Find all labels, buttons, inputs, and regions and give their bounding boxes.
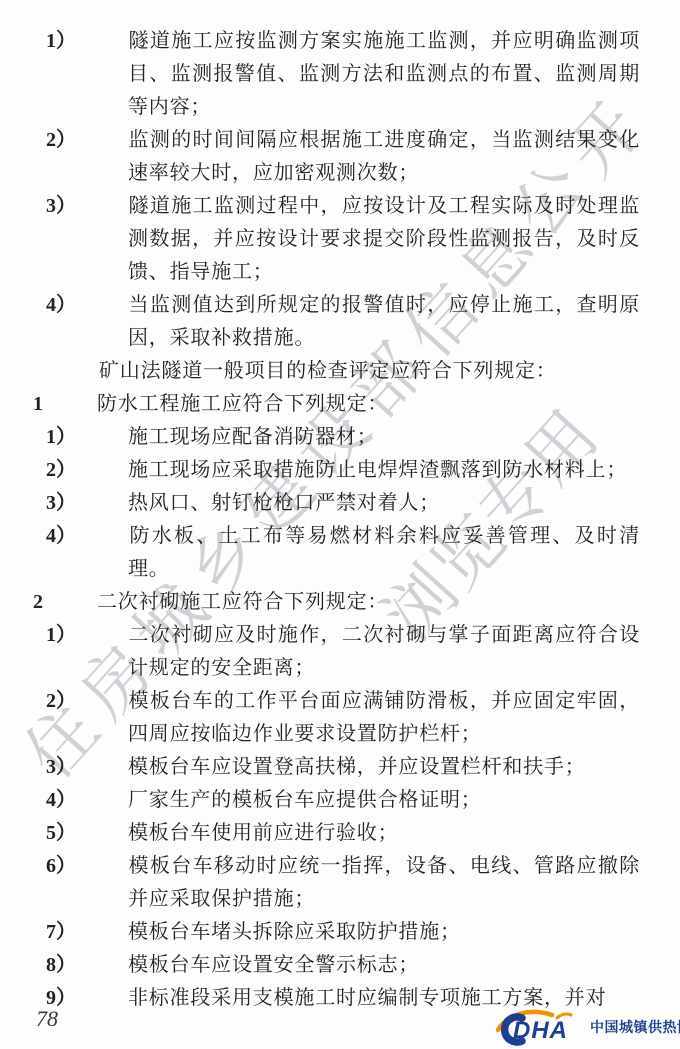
paragraph-text: 二次衬砌应及时施作，二次衬砌与掌子面距离应符合设计规定的安全距离； [128, 624, 640, 679]
paragraph-item3: 3）热风口、射钉枪枪口严禁对着人； [0, 487, 640, 520]
paragraph-text: 热风口、射钉枪枪口严禁对着人； [128, 492, 440, 514]
paragraph-text: 模板台车的工作平台面应满铺防滑板，并应固定牢固，四周应按临边作业要求设置防护栏杆… [128, 690, 640, 745]
paragraph-item3: 5）模板台车使用前应进行验收； [0, 817, 640, 850]
paragraph-text: 模板台车使用前应进行验收； [128, 822, 398, 844]
paragraph-text: 防水板、土工布等易燃材料余料应妥善管理、及时清理。 [128, 525, 640, 580]
paragraph-label: 1） [87, 421, 128, 454]
paragraph-label: 3） [87, 751, 128, 784]
paragraph-text: 施工现场应采取措施防止电焊焊渣飘落到防水材料上； [128, 459, 627, 481]
paragraph-label: 5） [87, 817, 128, 850]
document-body: 1）隧道施工应按监测方案实施施工监测，并应明确监测项目、监测报警值、监测方法和监… [0, 25, 640, 1015]
paragraph-text: 模板台车堵头拆除应采取防护措施； [128, 921, 461, 943]
paragraph-text: 隧道施工监测过程中，应按设计及工程实际及时处理监测数据，并应按设计要求提交阶段性… [128, 195, 640, 283]
paragraph-clause: 7.1.3矿山法隧道一般项目的检查评定应符合下列规定： [0, 355, 640, 388]
paragraph-item3: 3）模板台车应设置登高扶梯，并应设置栏杆和扶手； [0, 751, 640, 784]
paragraph-label: 2） [87, 124, 128, 157]
paragraph-label: 1） [87, 619, 128, 652]
document-page: 住房城乡建设部信息公开 浏览专用 1）隧道施工应按监测方案实施施工监测，并应明确… [0, 0, 680, 1049]
paragraph-label: 4） [87, 289, 128, 322]
paragraph-text: 施工现场应配备消防器材； [128, 426, 378, 448]
paragraph-text: 模板台车移动时应统一指挥，设备、电线、管路应撤除并应采取保护措施； [128, 855, 640, 910]
paragraph-item3: 8）模板台车应设置安全警示标志； [0, 949, 640, 982]
paragraph-text: 隧道施工应按监测方案实施施工监测，并应明确监测项目、监测报警值、监测方法和监测点… [128, 30, 640, 118]
paragraph-text: 防水工程施工应符合下列规定： [97, 393, 388, 415]
paragraph-label: 3） [87, 190, 128, 223]
paragraph-item3: 1）施工现场应配备消防器材； [0, 421, 640, 454]
paragraph-item3: 4）当监测值达到所规定的报警值时，应停止施工，查明原因，采取补救措施。 [0, 289, 640, 355]
association-logo: DHA 中国城镇供热协会 [492, 1008, 680, 1046]
page-number: 78 [36, 1006, 58, 1032]
paragraph-label: 2 [65, 586, 97, 619]
paragraph-label: 4） [87, 784, 128, 817]
paragraph-text: 监测的时间间隔应根据施工进度确定，当监测结果变化速率较大时，应加密观测次数； [128, 129, 640, 184]
paragraph-text: 非标准段采用支模施工时应编制专项施工方案，并对 [128, 987, 606, 1009]
paragraph-item3: 2）模板台车的工作平台面应满铺防滑板，并应固定牢固，四周应按临边作业要求设置防护… [0, 685, 640, 751]
paragraph-label: 6） [87, 850, 128, 883]
paragraph-item3: 6）模板台车移动时应统一指挥，设备、电线、管路应撤除并应采取保护措施； [0, 850, 640, 916]
paragraph-item3: 1）二次衬砌应及时施作，二次衬砌与掌子面距离应符合设计规定的安全距离； [0, 619, 640, 685]
paragraph-text: 模板台车应设置安全警示标志； [128, 954, 419, 976]
paragraph-item2: 2二次衬砌施工应符合下列规定： [0, 586, 640, 619]
paragraph-item3: 2）监测的时间间隔应根据施工进度确定，当监测结果变化速率较大时，应加密观测次数； [0, 124, 640, 190]
paragraph-label: 3） [87, 487, 128, 520]
paragraph-item3: 7）模板台车堵头拆除应采取防护措施； [0, 916, 640, 949]
paragraph-label: 1） [87, 25, 128, 58]
paragraph-item3: 1）隧道施工应按监测方案实施施工监测，并应明确监测项目、监测报警值、监测方法和监… [0, 25, 640, 124]
paragraph-text: 矿山法隧道一般项目的检查评定应符合下列规定： [99, 360, 557, 382]
paragraph-item2: 1防水工程施工应符合下列规定： [0, 388, 640, 421]
paragraph-text: 厂家生产的模板台车应提供合格证明； [128, 789, 482, 811]
dha-logo-text: DHA [513, 1017, 568, 1044]
dha-logo-icon: DHA [492, 1008, 584, 1046]
paragraph-item3: 4）厂家生产的模板台车应提供合格证明； [0, 784, 640, 817]
paragraph-label: 7.1.3 [25, 355, 99, 388]
paragraph-text: 模板台车应设置登高扶梯，并应设置栏杆和扶手； [128, 756, 586, 778]
paragraph-text: 当监测值达到所规定的报警值时，应停止施工，查明原因，采取补救措施。 [128, 294, 640, 349]
paragraph-label: 4） [87, 520, 128, 553]
association-name: 中国城镇供热协会 [590, 1017, 680, 1037]
paragraph-label: 8） [87, 949, 128, 982]
paragraph-item3: 3）隧道施工监测过程中，应按设计及工程实际及时处理监测数据，并应按设计要求提交阶… [0, 190, 640, 289]
paragraph-text: 二次衬砌施工应符合下列规定： [97, 591, 388, 613]
paragraph-label: 2） [87, 454, 128, 487]
paragraph-item3: 2）施工现场应采取措施防止电焊焊渣飘落到防水材料上； [0, 454, 640, 487]
paragraph-item3: 4）防水板、土工布等易燃材料余料应妥善管理、及时清理。 [0, 520, 640, 586]
paragraph-label: 7） [87, 916, 128, 949]
paragraph-label: 1 [65, 388, 97, 421]
paragraph-label: 2） [87, 685, 128, 718]
paragraph-label: 9） [87, 982, 128, 1015]
